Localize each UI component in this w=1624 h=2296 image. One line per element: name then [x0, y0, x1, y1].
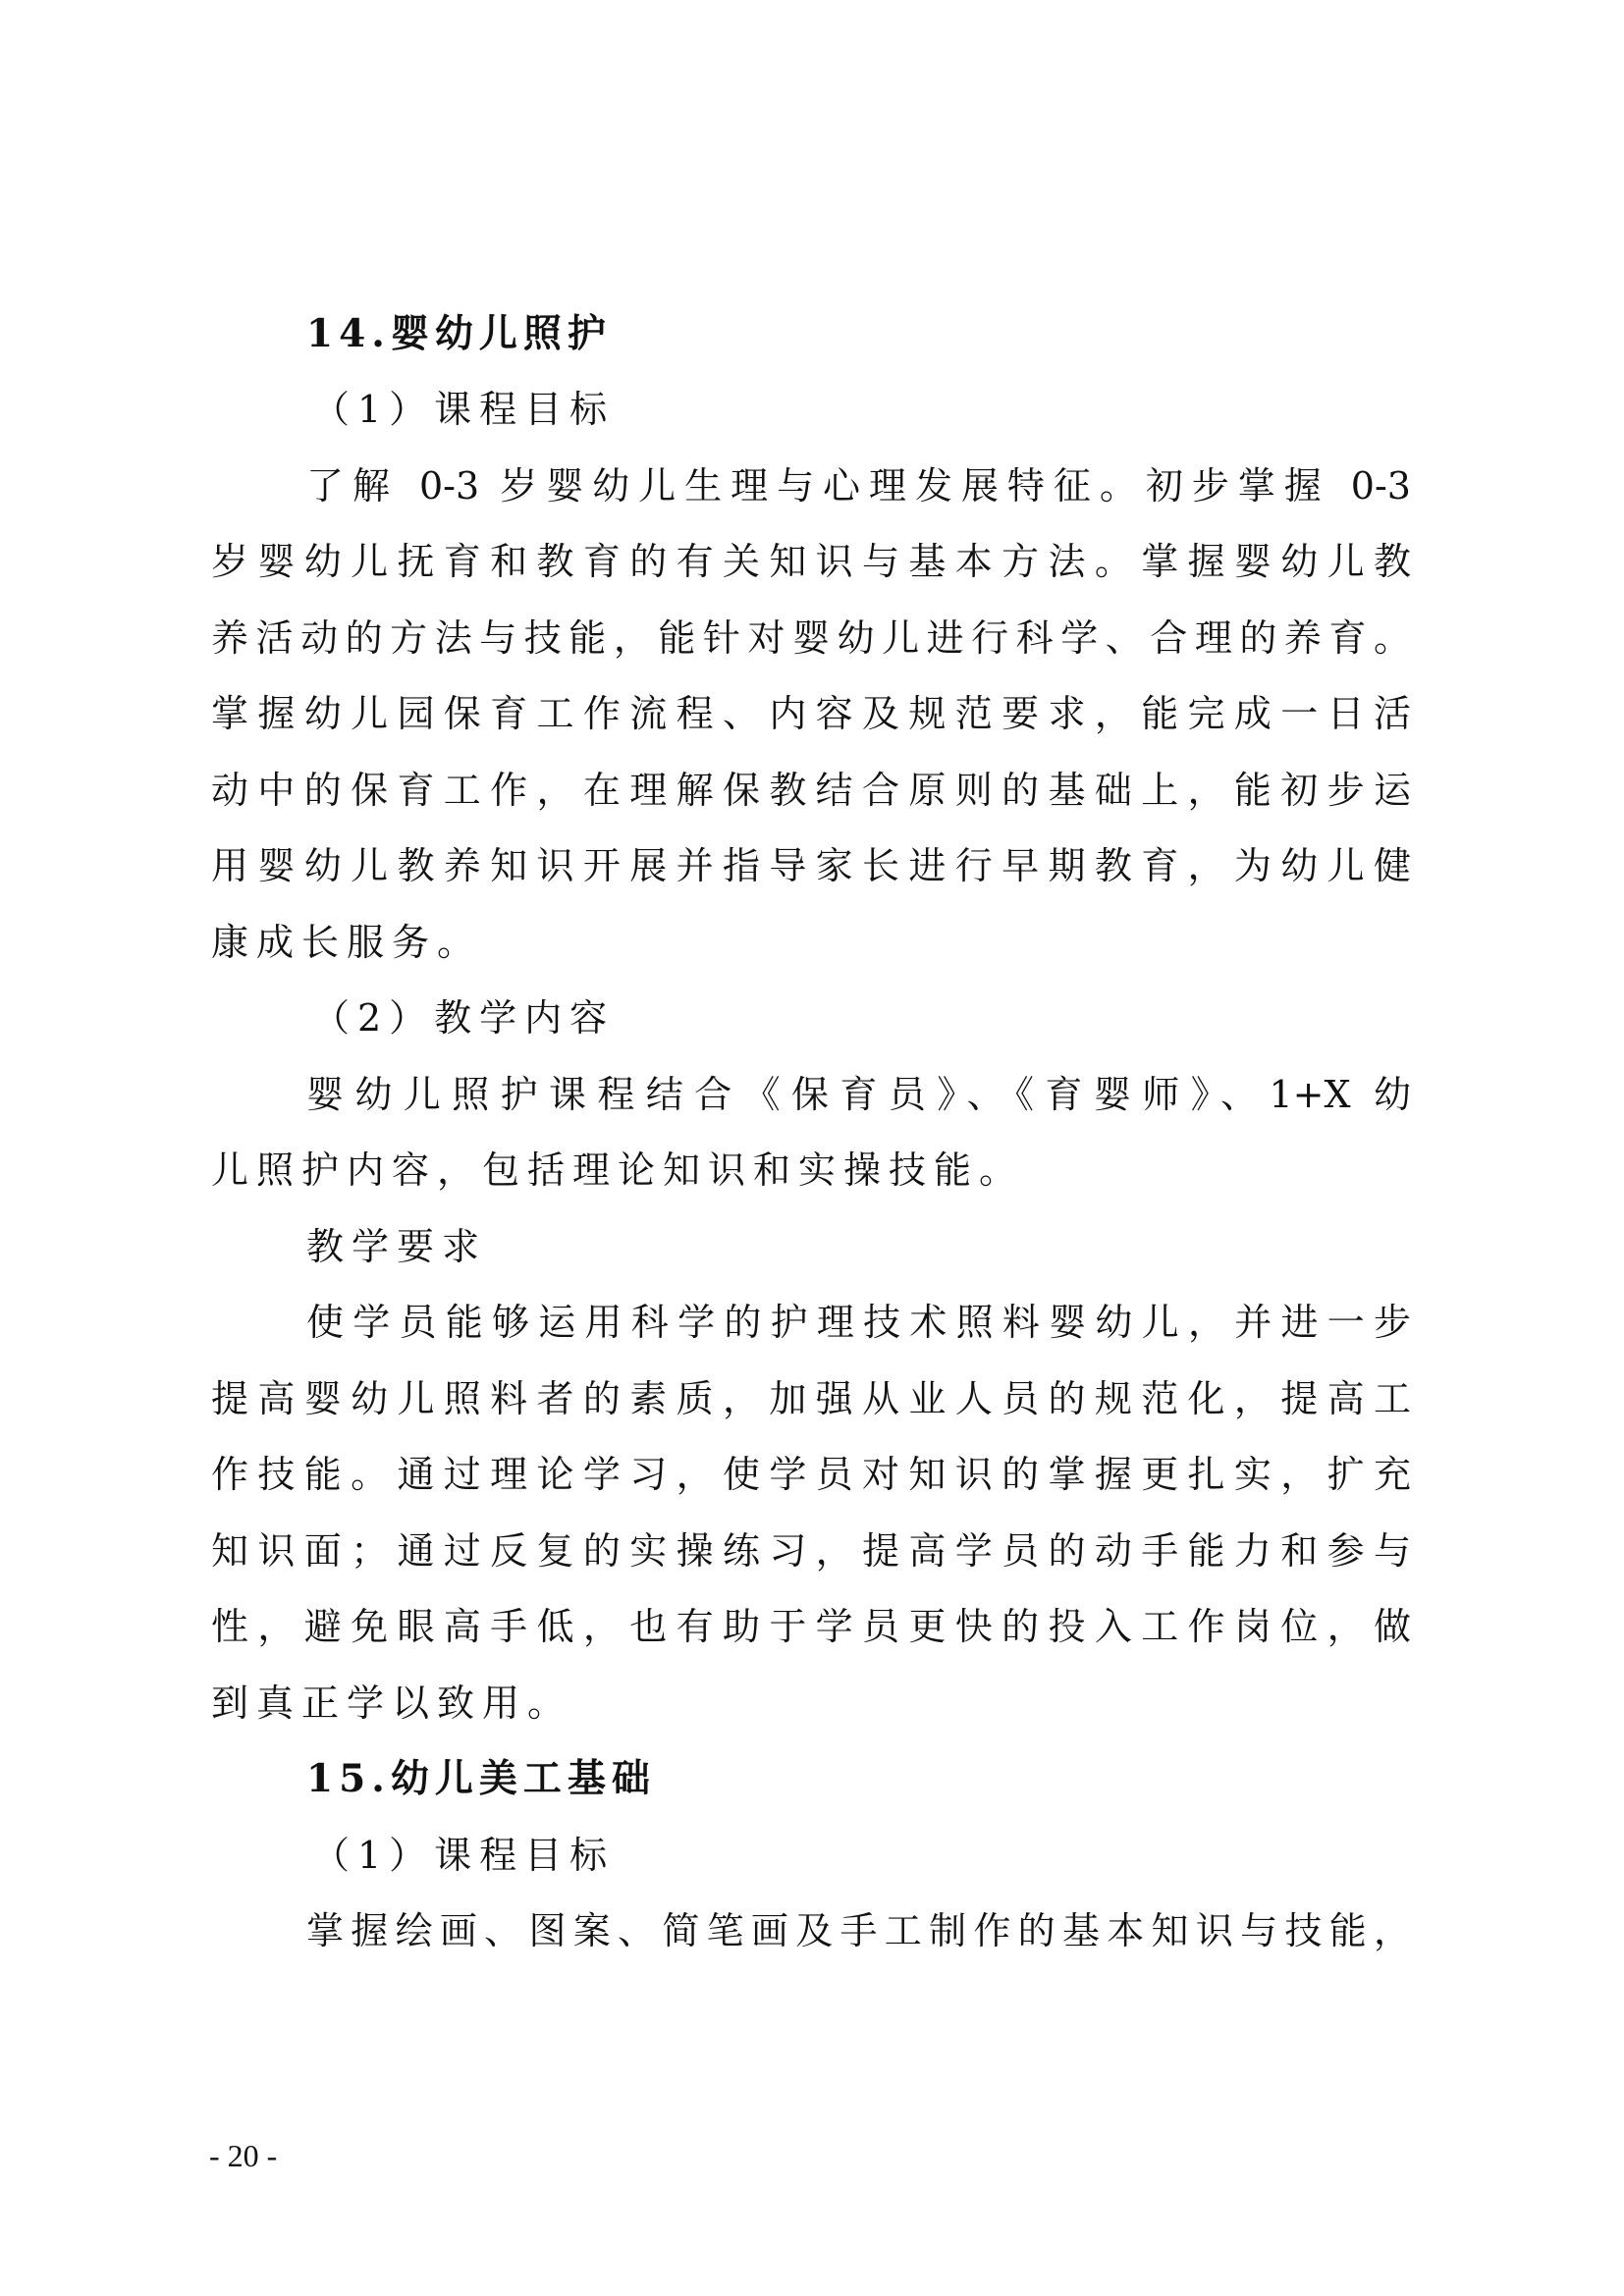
paragraph-line: 康成长服务。 [211, 913, 1411, 972]
subsection-title-teaching-requirements: 教学要求 [306, 1217, 1411, 1276]
paragraph-line: 动中的保育工作，在理解保教结合原则的基础上，能初步运 [211, 761, 1411, 820]
paragraph-line: 了解 0-3 岁婴幼儿生理与心理发展特征。初步掌握 0-3 [306, 456, 1411, 515]
section-heading-14: 14.婴幼儿照护 [306, 304, 1411, 363]
paragraph-line: 岁婴幼儿抚育和教育的有关知识与基本方法。掌握婴幼儿教 [211, 532, 1411, 591]
paragraph-line: 用婴幼儿教养知识开展并指导家长进行早期教育，为幼儿健 [211, 836, 1411, 895]
paragraph-line: 掌握幼儿园保育工作流程、内容及规范要求，能完成一日活 [211, 684, 1411, 743]
section-heading-15: 15.幼儿美工基础 [306, 1749, 1411, 1808]
paragraph-line: 到真正学以致用。 [211, 1674, 1411, 1733]
paragraph-line: 婴幼儿照护课程结合《保育员》、《育婴师》、1+X 幼 [306, 1065, 1411, 1124]
document-page: 14.婴幼儿照护 （1）课程目标 了解 0-3 岁婴幼儿生理与心理发展特征。初步… [0, 0, 1624, 2296]
paragraph-line: 养活动的方法与技能，能针对婴幼儿进行科学、合理的养育。 [211, 609, 1411, 667]
paragraph-line: 作技能。通过理论学习，使学员对知识的掌握更扎实，扩充 [211, 1445, 1411, 1504]
paragraph-line: 使学员能够运用科学的护理技术照料婴幼儿，并进一步 [306, 1293, 1411, 1352]
subsection-title-course-objectives: （1）课程目标 [312, 380, 1000, 439]
paragraph-line: 知识面；通过反复的实操练习，提高学员的动手能力和参与 [211, 1522, 1411, 1580]
subsection-title-teaching-content: （2）教学内容 [312, 988, 1000, 1047]
paragraph-line: 掌握绘画、图案、简笔画及手工制作的基本知识与技能， [306, 1901, 1411, 1960]
paragraph-line: 儿照护内容，包括理论知识和实操技能。 [211, 1141, 1411, 1200]
paragraph-line: 性，避免眼高手低，也有助于学员更快的投入工作岗位，做 [211, 1597, 1411, 1656]
page-number: - 20 - [209, 2136, 277, 2175]
paragraph-line: 提高婴幼儿照料者的素质，加强从业人员的规范化，提高工 [211, 1369, 1411, 1428]
subsection-title-course-objectives: （1）课程目标 [312, 1826, 1000, 1885]
